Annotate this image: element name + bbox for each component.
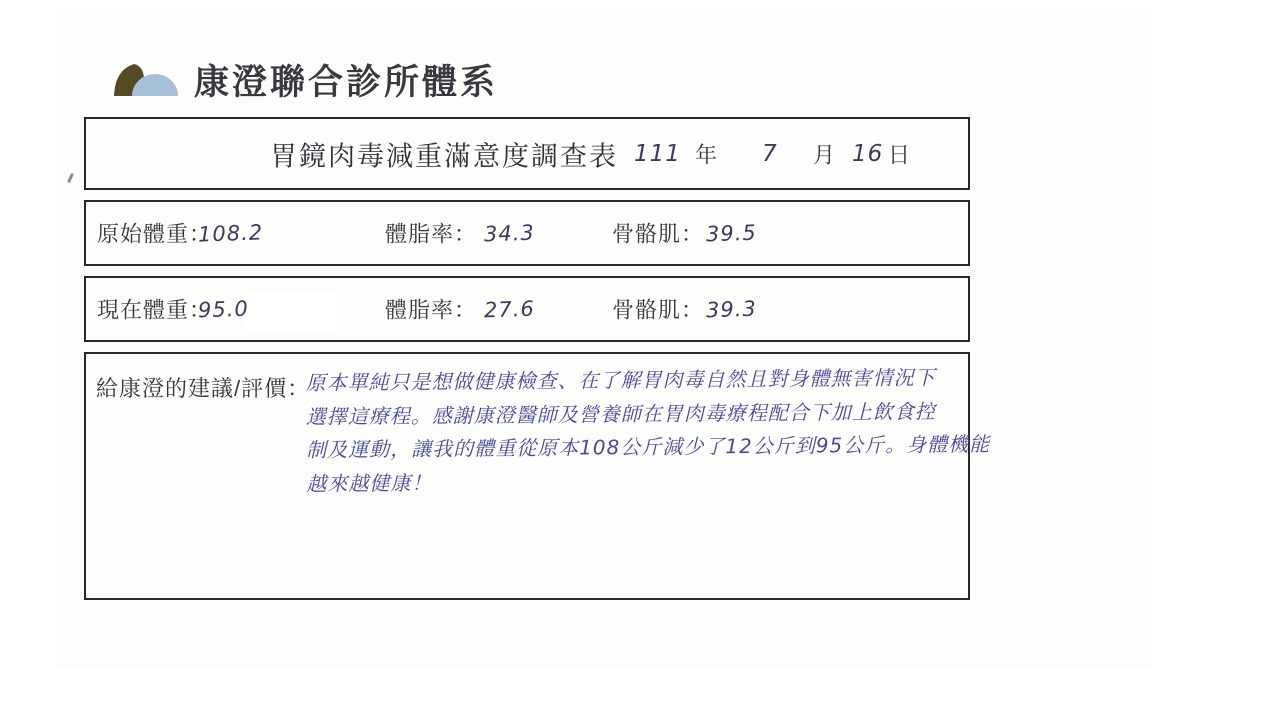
original-bodyfat-value: 34.3 (484, 221, 536, 247)
feedback-label: 給康澄的建議/評價： (96, 372, 310, 403)
date-month-unit: 月 (813, 138, 836, 169)
current-bodyfat-value: 27.6 (484, 297, 536, 323)
correction-whiteout-patch (244, 291, 336, 331)
date-day-value: 16 (852, 141, 883, 167)
original-muscle-value: 39.5 (706, 221, 758, 247)
feedback-line: 越來越健康！ (306, 462, 961, 501)
feedback-row: 給康澄的建議/評價： 原本單純只是想做健康檢查、在了解胃肉毒自然且對身體無害情況… (84, 352, 970, 600)
scanned-survey-screenshot: 康澄聯合診所體系 胃鏡肉毒減重滿意度調查表 111 年 7 月 16 日 原始體… (0, 0, 1280, 720)
scan-speck (67, 173, 74, 183)
date-year-unit: 年 (695, 138, 718, 169)
original-weight-value: 108.2 (198, 220, 264, 246)
form-title-row: 胃鏡肉毒減重滿意度調查表 111 年 7 月 16 日 (84, 117, 970, 190)
survey-form: 胃鏡肉毒減重滿意度調查表 111 年 7 月 16 日 原始體重： 108.2 … (84, 117, 970, 600)
current-weight-value: 95.0 (198, 297, 250, 323)
current-muscle-label: 骨骼肌： (612, 294, 704, 325)
current-muscle-value: 39.3 (706, 297, 758, 323)
original-bodyfat-label: 體脂率： (385, 218, 477, 249)
form-title: 胃鏡肉毒減重滿意度調查表 (270, 134, 618, 173)
feedback-line: 選擇這療程。感謝康澄醫師及營養師在胃肉毒療程配合下加上飲食控 (306, 395, 961, 434)
date-day-unit: 日 (888, 138, 911, 169)
clinic-name: 康澄聯合診所體系 (194, 55, 498, 105)
clinic-header: 康澄聯合診所體系 (110, 55, 498, 105)
current-weight-label: 現在體重： (97, 294, 212, 325)
feedback-line: 制及運動，讓我的體重從原本108公斤減少了12公斤到95公斤。身體機能 (306, 428, 961, 467)
date-month-value: 7 (762, 141, 778, 167)
original-weight-label: 原始體重： (97, 218, 212, 249)
feedback-handwriting: 原本單純只是想做健康檢查、在了解胃肉毒自然且對身體無害情況下 選擇這療程。感謝康… (305, 361, 961, 501)
original-measurements-row: 原始體重： 108.2 體脂率： 34.3 骨骼肌： 39.5 (84, 200, 970, 266)
current-bodyfat-label: 體脂率： (385, 294, 477, 325)
feedback-line: 原本單純只是想做健康檢查、在了解胃肉毒自然且對身體無害情況下 (305, 361, 960, 400)
original-muscle-label: 骨骼肌： (612, 218, 704, 249)
date-year-value: 111 (634, 141, 681, 167)
clinic-logo-icon (110, 56, 184, 104)
scan-page: 康澄聯合診所體系 胃鏡肉毒減重滿意度調查表 111 年 7 月 16 日 原始體… (56, 8, 1152, 668)
current-measurements-row: 現在體重： 95.0 體脂率： 27.6 骨骼肌： 39.3 (84, 276, 970, 342)
